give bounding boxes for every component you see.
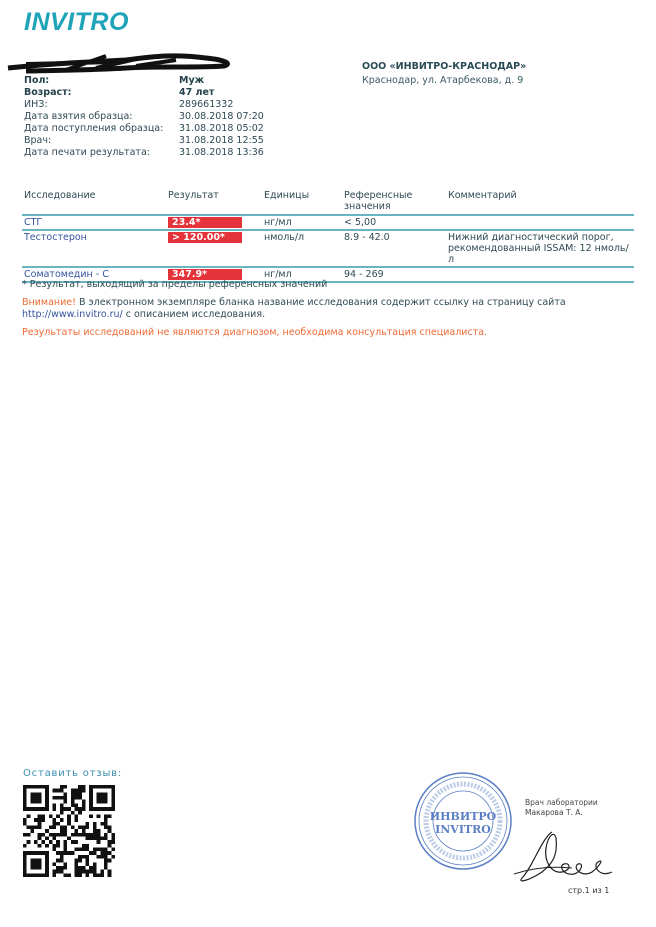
- result-cell: > 120.00*: [166, 230, 262, 267]
- patient-field: Врач:31.08.2018 12:55: [24, 135, 264, 147]
- comment-cell: Нижний диагностический порог, рекомендов…: [442, 230, 634, 267]
- results-table: Исследование Результат Единицы Референсн…: [22, 189, 634, 283]
- disclaimer: Результаты исследований не являются диаг…: [22, 327, 487, 338]
- patient-field-value: 31.08.2018 05:02: [179, 123, 264, 135]
- notice-text-end: с описанием исследования.: [123, 309, 265, 320]
- patient-field: Возраст:47 лет: [24, 87, 264, 99]
- units-cell: нг/мл: [262, 215, 342, 230]
- result-value: > 120.00*: [168, 232, 242, 243]
- header-units: Единицы: [262, 189, 342, 215]
- patient-field-label: Врач:: [24, 135, 179, 147]
- svg-text:INVITRO: INVITRO: [435, 823, 491, 836]
- patient-field-label: Дата поступления образца:: [24, 123, 179, 135]
- warning-label: Внимание!: [22, 297, 76, 308]
- doctor-block: Врач лаборатории Макарова Т. А.: [525, 798, 598, 818]
- test-name-link[interactable]: СТГ: [22, 215, 166, 230]
- result-value: 23.4*: [168, 217, 242, 228]
- svg-text:ИНВИТРО: ИНВИТРО: [430, 810, 497, 823]
- comment-cell: [442, 267, 634, 282]
- patient-field-value: Муж: [179, 75, 204, 87]
- doctor-name: Макарова Т. А.: [525, 808, 598, 818]
- organization-name: ООО «ИНВИТРО-КРАСНОДАР»: [362, 61, 526, 72]
- invitro-logo: INVITRO: [24, 8, 129, 37]
- notice: Внимание! В электронном экземпляре бланк…: [22, 297, 582, 321]
- doctor-title: Врач лаборатории: [525, 798, 598, 808]
- patient-field: Дата печати результата:31.08.2018 13:36: [24, 147, 264, 159]
- comment-cell: [442, 215, 634, 230]
- patient-field-label: ИНЗ:: [24, 99, 179, 111]
- table-row: СТГ23.4*нг/мл< 5,00: [22, 215, 634, 230]
- result-cell: 23.4*: [166, 215, 262, 230]
- patient-field-value: 30.08.2018 07:20: [179, 111, 264, 123]
- patient-field-value: 31.08.2018 12:55: [179, 135, 264, 147]
- organization-address: Краснодар, ул. Атарбекова, д. 9: [362, 75, 526, 86]
- patient-field: ИНЗ:289661332: [24, 99, 264, 111]
- patient-info: Пол:МужВозраст:47 летИНЗ:289661332Дата в…: [24, 75, 264, 159]
- test-name-link[interactable]: Тестостерон: [22, 230, 166, 267]
- patient-field: Пол:Муж: [24, 75, 264, 87]
- signature: [512, 828, 622, 888]
- footnote: * Результат, выходящий за пределы рефере…: [22, 279, 327, 290]
- units-cell: нмоль/л: [262, 230, 342, 267]
- qr-code[interactable]: [23, 785, 115, 877]
- invitro-link[interactable]: http://www.invitro.ru/: [22, 309, 123, 320]
- patient-field-label: Возраст:: [24, 87, 179, 99]
- patient-field-label: Дата печати результата:: [24, 147, 179, 159]
- reference-cell: 8.9 - 42.0: [342, 230, 442, 267]
- notice-text: В электронном экземпляре бланка название…: [76, 297, 566, 308]
- header-result: Результат: [166, 189, 262, 215]
- reference-cell: < 5,00: [342, 215, 442, 230]
- patient-field-value: 31.08.2018 13:36: [179, 147, 264, 159]
- table-row: Тестостерон> 120.00*нмоль/л8.9 - 42.0Ниж…: [22, 230, 634, 267]
- reference-cell: 94 - 269: [342, 267, 442, 282]
- header-comment: Комментарий: [442, 189, 634, 215]
- patient-field: Дата поступления образца:31.08.2018 05:0…: [24, 123, 264, 135]
- results-header-row: Исследование Результат Единицы Референсн…: [22, 189, 634, 215]
- patient-field-label: Дата взятия образца:: [24, 111, 179, 123]
- laboratory-stamp: ИНВИТРО INVITRO: [412, 770, 514, 872]
- patient-field-value: 47 лет: [179, 87, 214, 99]
- redacted-patient-name: [6, 52, 234, 74]
- header-reference: Референсные значения: [342, 189, 442, 215]
- header-test: Исследование: [22, 189, 166, 215]
- page-number: стр.1 из 1: [568, 886, 609, 895]
- patient-field-label: Пол:: [24, 75, 179, 87]
- organization-block: ООО «ИНВИТРО-КРАСНОДАР» Краснодар, ул. А…: [362, 61, 526, 86]
- patient-field: Дата взятия образца:30.08.2018 07:20: [24, 111, 264, 123]
- patient-field-value: 289661332: [179, 99, 233, 111]
- feedback-label: Оставить отзыв:: [23, 768, 122, 779]
